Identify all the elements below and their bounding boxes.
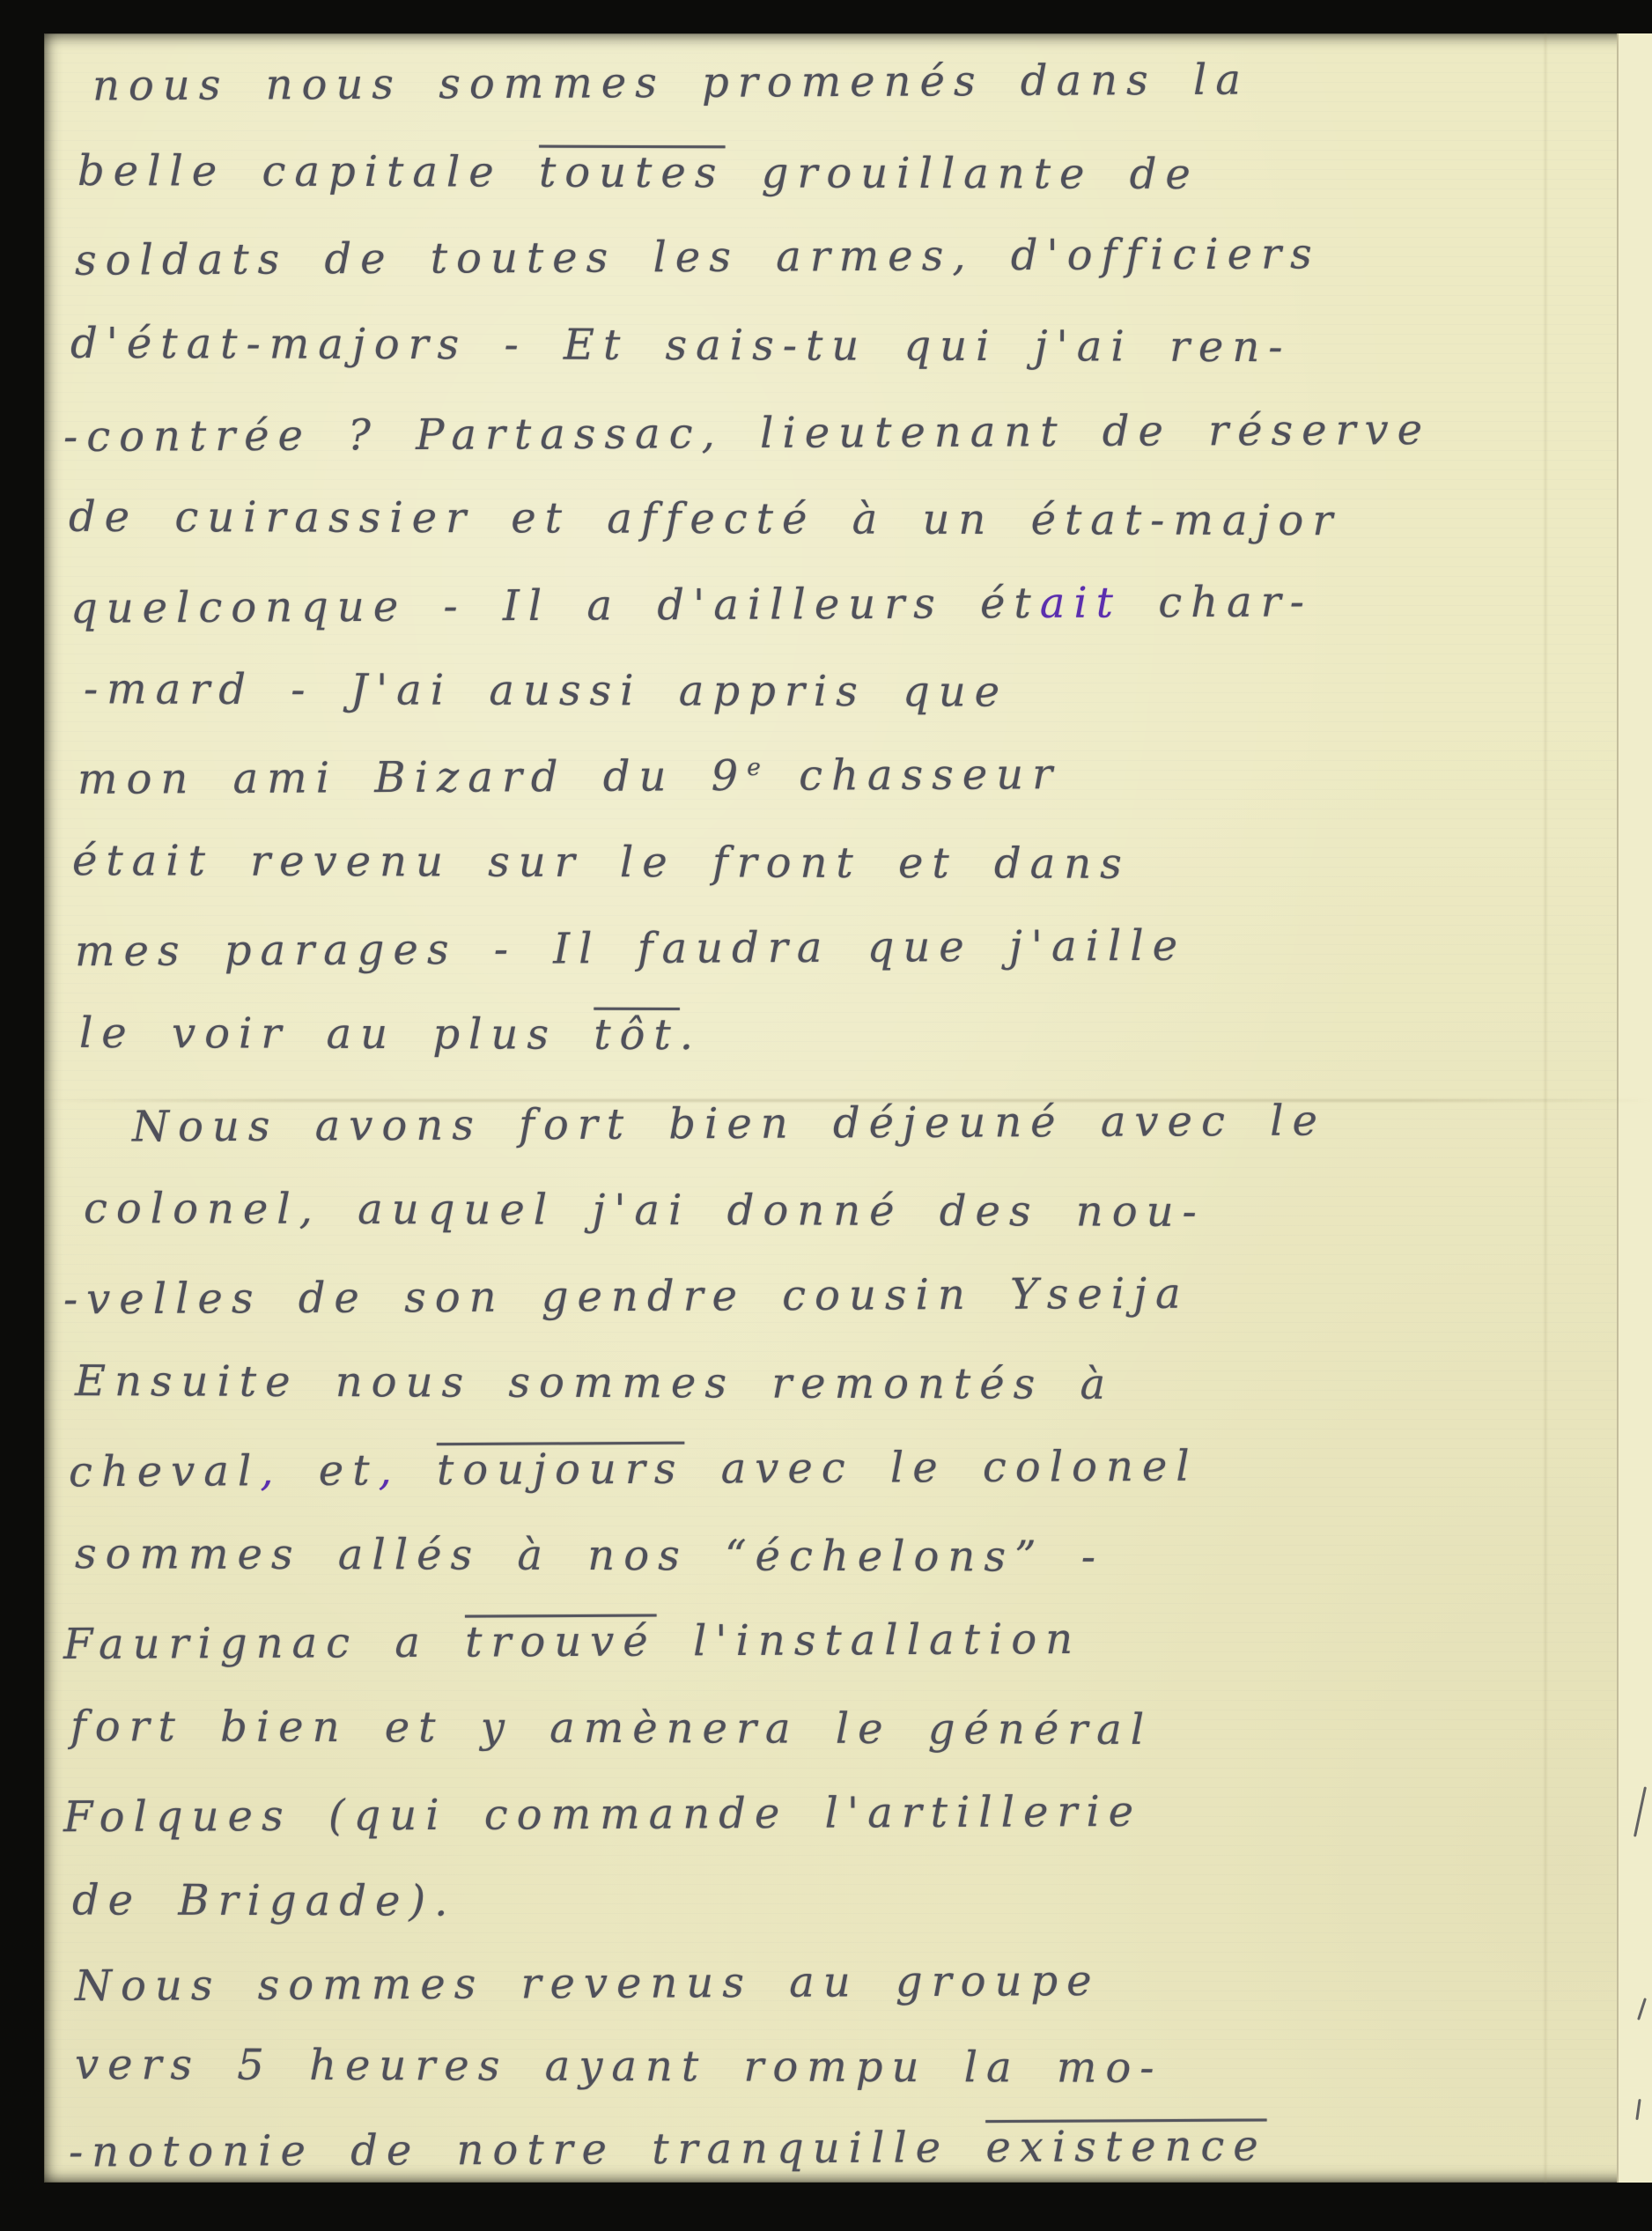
word-segment-crossbar: existence xyxy=(985,2121,1267,2172)
handwritten-line: mes parages - Il faudra que j'aille xyxy=(75,925,1186,973)
violet-comma: , xyxy=(260,1446,283,1496)
word-segment: cheval xyxy=(69,1446,261,1496)
word-segment: mon ami Bizard du 9 xyxy=(77,751,748,804)
word-segment: d'état-majors - Et sais-tu qui j'ai ren- xyxy=(70,319,1292,372)
word-segment: . xyxy=(680,1010,702,1060)
word-segment: -mard - J'ai aussi appris que xyxy=(84,664,1008,716)
word-segment: de Brigade). xyxy=(72,1875,457,1925)
paper-sheet: nous nous sommes promenés dans la belle … xyxy=(44,33,1652,2183)
handwritten-line: Ensuite nous sommes remontés à xyxy=(75,1360,1114,1406)
page-fold-edge xyxy=(1617,33,1652,2183)
word-segment-crossbar: toutes xyxy=(539,148,726,198)
word-segment xyxy=(401,1445,438,1495)
handwritten-line: Faurignac a trouvé l'installation xyxy=(63,1618,1081,1666)
word-segment: soldats de toutes les armes, d'officiers xyxy=(75,229,1321,284)
word-segment: chasseur xyxy=(763,750,1061,801)
scanned-letter-page: { "scan": { "background_color": "#0c0c0a… xyxy=(0,0,1652,2231)
word-segment: char- xyxy=(1122,577,1313,627)
word-segment-crossbar: toujours xyxy=(437,1444,685,1495)
handwritten-line: -notonie de notre tranquille existence xyxy=(69,2124,1267,2173)
word-segment: fort bien et y amènera le général xyxy=(70,1702,1153,1755)
fold-crease-vertical xyxy=(1545,33,1546,2183)
word-segment: -velles de son gendre cousin Yseija xyxy=(63,1269,1190,1325)
handwritten-line: -contrée ? Partassac, lieutenant de rése… xyxy=(63,409,1431,458)
handwritten-line: soldats de toutes les armes, d'officiers xyxy=(75,233,1321,281)
handwritten-line: fort bien et y amènera le général xyxy=(70,1705,1153,1751)
word-segment: Ensuite nous sommes remontés à xyxy=(75,1356,1114,1409)
handwritten-line: cheval, et, toujours avec le colonel xyxy=(69,1445,1198,1494)
word-segment-crossbar: tôt xyxy=(594,1010,680,1060)
handwritten-line: sommes allés à nos “échelons” - xyxy=(75,1533,1104,1578)
word-segment: avec le colonel xyxy=(684,1442,1198,1494)
word-segment: vers 5 heures ayant rompu la mo- xyxy=(75,2040,1163,2093)
violet-comma: , xyxy=(378,1445,401,1495)
handwritten-line: d'état-majors - Et sais-tu qui j'ai ren- xyxy=(70,322,1292,368)
word-segment: Nous avons fort bien déjeuné avec le xyxy=(132,1096,1326,1151)
handwritten-line: nous nous sommes promenés dans la xyxy=(92,59,1250,107)
word-segment: -notonie de notre tranquille xyxy=(69,2123,986,2176)
handwritten-line: -velles de son gendre cousin Yseija xyxy=(63,1273,1190,1321)
word-segment: l'installation xyxy=(657,1614,1082,1666)
superscript-e: e xyxy=(747,754,763,781)
handwritten-line: de Brigade). xyxy=(72,1879,457,1922)
handwritten-line: était revenu sur le front et dans xyxy=(72,839,1131,885)
word-segment: le voir au plus xyxy=(79,1008,594,1060)
handwritten-line: le voir au plus tôt. xyxy=(79,1012,702,1056)
violet-ink-correction: ait xyxy=(1040,578,1123,627)
word-segment: quelconque - Il a d'ailleurs ét xyxy=(70,579,1040,633)
word-segment: de cuirassier et affecté à un état-major xyxy=(69,492,1341,546)
word-segment: était revenu sur le front et dans xyxy=(72,836,1131,889)
word-segment: colonel, auquel j'ai donné des nou- xyxy=(84,1184,1206,1237)
word-segment: mes parages - Il faudra que j'aille xyxy=(75,921,1186,977)
word-segment: grouillante de xyxy=(725,148,1199,199)
word-segment: Nous sommes revenus au groupe xyxy=(75,1956,1101,2011)
handwritten-line: mon ami Bizard du 9e chasseur xyxy=(77,753,1061,801)
handwritten-line: colonel, auquel j'ai donné des nou- xyxy=(84,1187,1206,1233)
handwritten-line: Nous avons fort bien déjeuné avec le xyxy=(132,1099,1326,1148)
handwritten-line: vers 5 heures ayant rompu la mo- xyxy=(75,2043,1163,2089)
word-segment: nous nous sommes promenés dans la xyxy=(92,55,1250,111)
word-segment: sommes allés à nos “échelons” - xyxy=(75,1529,1104,1582)
word-segment: et xyxy=(282,1446,378,1496)
handwritten-line: belle capitale toutes grouillante de xyxy=(77,150,1199,196)
handwritten-line: de cuirassier et affecté à un état-major xyxy=(69,496,1341,543)
handwritten-line: Folques (qui commande l'artillerie xyxy=(63,1791,1142,1838)
word-segment: -contrée ? Partassac, lieutenant de rése… xyxy=(63,405,1431,462)
handwritten-line: quelconque - Il a d'ailleurs était char- xyxy=(70,580,1313,629)
handwritten-line: Nous sommes revenus au groupe xyxy=(75,1960,1101,2007)
word-segment: Folques (qui commande l'artillerie xyxy=(63,1787,1142,1842)
handwritten-line: -mard - J'ai aussi appris que xyxy=(84,668,1008,713)
word-segment: belle capitale xyxy=(77,146,539,197)
word-segment: Faurignac a xyxy=(63,1618,465,1669)
word-segment-crossbar: trouvé xyxy=(465,1616,657,1666)
